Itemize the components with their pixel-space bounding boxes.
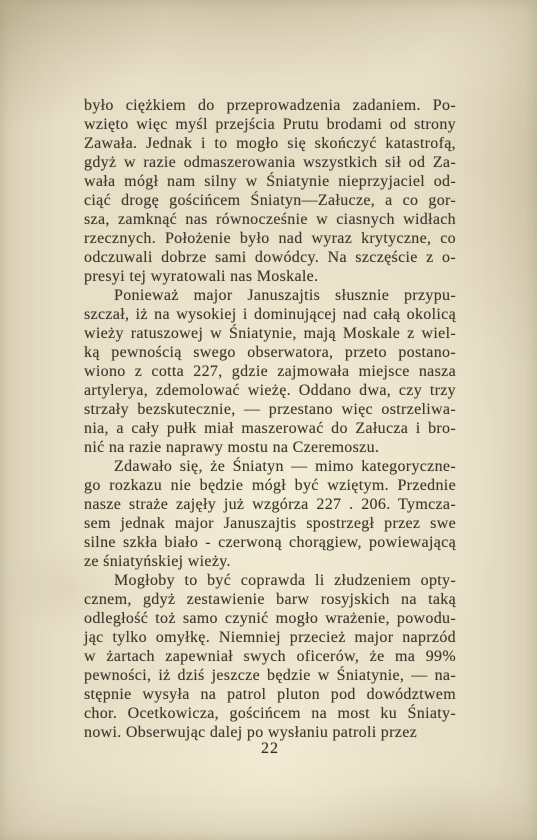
- text-line: ką pewnością swego obserwatora, przeto p…: [84, 343, 456, 362]
- text-line: nia, a cały pułk miał maszerować do Zału…: [84, 419, 456, 438]
- text-line: Ponieważ major Januszajtis słusznie przy…: [84, 286, 456, 305]
- text-line: rzecznych. Położenie było nad wyraz kryt…: [84, 229, 456, 248]
- text-line: presyi tej wyratowali nas Moskale.: [84, 267, 456, 286]
- text-line: ze śniatyńskiej wieży.: [84, 552, 456, 571]
- text-line: odczuwali dobrze sami dowódcy. Na szczęś…: [84, 248, 456, 267]
- text-line: nasze straże zajęły już wzgórza 227 . 20…: [84, 495, 456, 514]
- text-line: sem jednak major Januszajtis spostrzegł …: [84, 514, 456, 533]
- text-line: wzięto więc myśl przejścia Prutu brodami…: [84, 115, 456, 134]
- text-line: wieży ratuszowej w Śniatynie, mają Moska…: [84, 324, 456, 343]
- text-line: gdyż w razie odmaszerowania wszystkich s…: [84, 153, 456, 172]
- book-page: było ciężkiem do przeprowadzenia zadanie…: [0, 0, 537, 840]
- text-line: strzały bezskutecznie, — przestano więc …: [84, 400, 456, 419]
- text-line: szczał, iż na wysokiej i dominującej nad…: [84, 305, 456, 324]
- text-line: silne szkła biało - czerwoną chorągiew, …: [84, 533, 456, 552]
- paragraph: Zdawało się, że Śniatyn — mimo kategoryc…: [84, 457, 456, 571]
- page-number: 22: [84, 740, 456, 758]
- text-line: chor. Ocetkowicza, gościńcem na most ku …: [84, 704, 456, 723]
- text-line: w żartach zapewniał swych oficerów, że m…: [84, 647, 456, 666]
- text-line: jąc tylko omyłkę. Niemniej przecież majo…: [84, 628, 456, 647]
- text-line: wała mógł nam silny w Śniatynie nieprzyj…: [84, 172, 456, 191]
- text-block: było ciężkiem do przeprowadzenia zadanie…: [84, 96, 456, 742]
- text-line: artylerya, zdemolować wieżę. Oddano dwa,…: [84, 381, 456, 400]
- text-line: ciąć drogę gościńcem Śniatyn—Załucze, a …: [84, 191, 456, 210]
- text-line: Zawała. Jednak i to mogło się skończyć k…: [84, 134, 456, 153]
- text-line: nić na razie naprawy mostu na Czeremoszu…: [84, 438, 456, 457]
- text-line: go rozkazu nie będzie mógł być wziętym. …: [84, 476, 456, 495]
- text-line: wiono z cotta 227, gdzie zajmowała miejs…: [84, 362, 456, 381]
- text-line: sza, zamknąć nas równocześnie w ciasnych…: [84, 210, 456, 229]
- text-line: odległość toż samo czynić mogło wrażenie…: [84, 609, 456, 628]
- paragraph: Ponieważ major Januszajtis słusznie przy…: [84, 286, 456, 457]
- text-line: pewności, iż dziś jeszcze będzie w Śniat…: [84, 666, 456, 685]
- text-line: Zdawało się, że Śniatyn — mimo kategoryc…: [84, 457, 456, 476]
- text-line: stępnie wysyła na patrol pluton pod dowó…: [84, 685, 456, 704]
- text-line: Mogłoby to być coprawda li złudzeniem op…: [84, 571, 456, 590]
- text-line: cznem, gdyż zestawienie barw rosyjskich …: [84, 590, 456, 609]
- text-line: było ciężkiem do przeprowadzenia zadanie…: [84, 96, 456, 115]
- paragraph: Mogłoby to być coprawda li złudzeniem op…: [84, 571, 456, 742]
- paragraph: było ciężkiem do przeprowadzenia zadanie…: [84, 96, 456, 286]
